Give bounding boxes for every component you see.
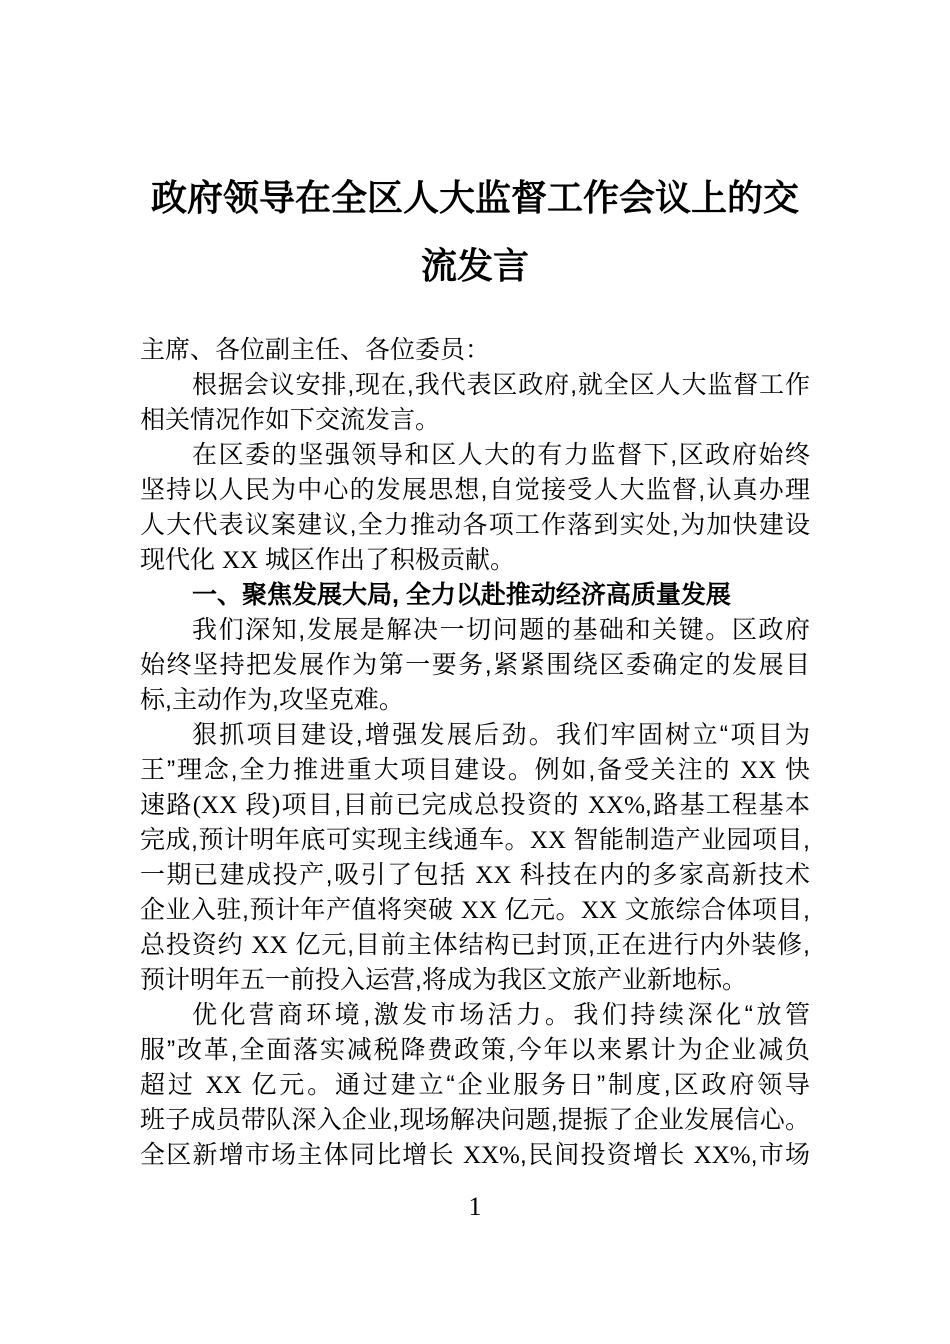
- text-line: 企业入驻,预计年产值将突破 XX 亿元。XX 文旅综合体项目,: [140, 893, 810, 928]
- text-line: 相关情况作如下交流发言。: [140, 403, 810, 438]
- title-line-2: 流发言: [75, 232, 875, 300]
- text-line: 完成,预计明年底可实现主线通车。XX 智能制造产业园项目,: [140, 823, 810, 858]
- text-line: 我们深知,发展是解决一切问题的基础和关键。区政府: [140, 613, 810, 648]
- text-line: 主席、各位副主任、各位委员：: [140, 333, 810, 368]
- document-page: 政府领导在全区人大监督工作会议上的交 流发言 主席、各位副主任、各位委员：根据会…: [0, 0, 950, 1344]
- text-line: 现代化 XX 城区作出了积极贡献。: [140, 543, 810, 578]
- text-line: 一期已建成投产,吸引了包括 XX 科技在内的多家高新技术: [140, 858, 810, 893]
- document-title: 政府领导在全区人大监督工作会议上的交 流发言: [75, 164, 875, 300]
- body-text: 主席、各位副主任、各位委员：根据会议安排,现在,我代表区政府,就全区人大监督工作…: [140, 333, 810, 1173]
- text-line: 预计明年五一前投入运营,将成为我区文旅产业新地标。: [140, 963, 810, 998]
- text-line: 狠抓项目建设,增强发展后劲。我们牢固树立“项目为: [140, 718, 810, 753]
- text-line: 人大代表议案建议,全力推动各项工作落到实处,为加快建设: [140, 508, 810, 543]
- text-line: 标,主动作为,攻坚克难。: [140, 683, 810, 718]
- title-line-1: 政府领导在全区人大监督工作会议上的交: [75, 164, 875, 232]
- text-line: 优化营商环境,激发市场活力。我们持续深化“放管: [140, 998, 810, 1033]
- text-line: 坚持以人民为中心的发展思想,自觉接受人大监督,认真办理: [140, 473, 810, 508]
- text-line: 始终坚持把发展作为第一要务,紧紧围绕区委确定的发展目: [140, 648, 810, 683]
- text-line: 在区委的坚强领导和区人大的有力监督下,区政府始终: [140, 438, 810, 473]
- text-line: 超过 XX 亿元。通过建立“企业服务日”制度,区政府领导: [140, 1068, 810, 1103]
- text-line: 根据会议安排,现在,我代表区政府,就全区人大监督工作: [140, 368, 810, 403]
- page-footer: 1: [0, 1189, 950, 1224]
- text-line: 王”理念,全力推进重大项目建设。例如,备受关注的 XX 快: [140, 753, 810, 788]
- text-line: 服”改革,全面落实减税降费政策,今年以来累计为企业减负: [140, 1033, 810, 1068]
- text-line: 全区新增市场主体同比增长 XX%,民间投资增长 XX%,市场: [140, 1138, 810, 1173]
- text-line: 总投资约 XX 亿元,目前主体结构已封顶,正在进行内外装修,: [140, 928, 810, 963]
- section-heading: 一、聚焦发展大局, 全力以赴推动经济高质量发展: [140, 578, 810, 613]
- text-line: 班子成员带队深入企业,现场解决问题,提振了企业发展信心。: [140, 1103, 810, 1138]
- text-line: 速路(XX 段)项目,目前已完成总投资的 XX%,路基工程基本: [140, 788, 810, 823]
- page-number: 1: [469, 1192, 482, 1221]
